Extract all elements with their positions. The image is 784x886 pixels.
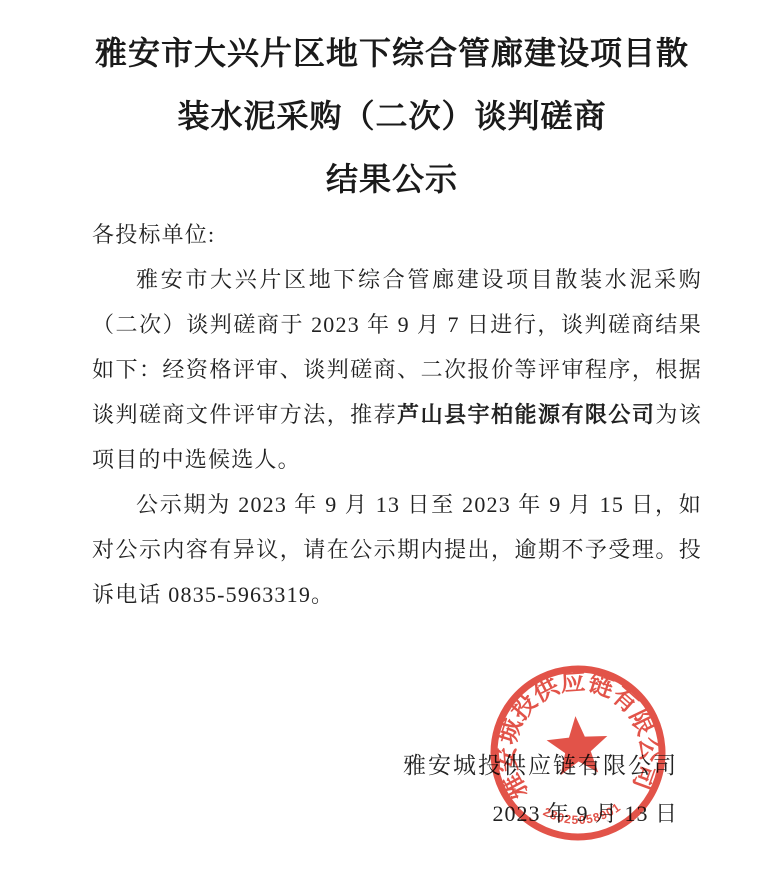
- title-line-2: 装水泥采购（二次）谈判磋商: [0, 85, 784, 148]
- paragraph-notice-period: 公示期为 2023 年 9 月 13 日至 2023 年 9 月 15 日，如对…: [92, 482, 702, 617]
- document-title: 雅安市大兴片区地下综合管廊建设项目散 装水泥采购（二次）谈判磋商 结果公示: [0, 22, 784, 211]
- title-line-1: 雅安市大兴片区地下综合管廊建设项目散: [0, 22, 784, 85]
- announcement-page: 雅安市大兴片区地下综合管廊建设项目散 装水泥采购（二次）谈判磋商 结果公示 各投…: [0, 0, 784, 886]
- salutation: 各投标单位:: [92, 212, 702, 257]
- signature-company: 雅安城投供应链有限公司: [403, 742, 678, 790]
- signature-block: 雅安城投供应链有限公司 2023 年 9 月 13 日: [403, 742, 678, 838]
- paragraph-result: 雅安市大兴片区地下综合管廊建设项目散装水泥采购（二次）谈判磋商于 2023 年 …: [92, 257, 702, 482]
- document-body: 各投标单位: 雅安市大兴片区地下综合管廊建设项目散装水泥采购（二次）谈判磋商于 …: [92, 212, 702, 617]
- signature-date: 2023 年 9 月 13 日: [403, 790, 678, 838]
- title-line-3: 结果公示: [0, 148, 784, 211]
- winning-company-name: 芦山县宇柏能源有限公司: [397, 402, 655, 427]
